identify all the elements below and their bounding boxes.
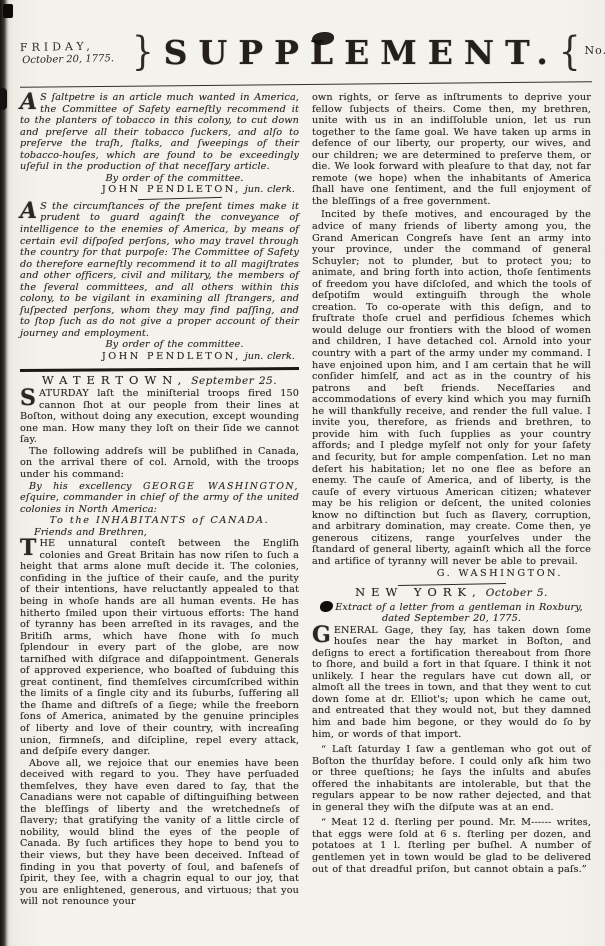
- address-para-1: THE unnatural conteſt between the Engliſ…: [20, 538, 299, 757]
- strangers-notice: AS the circumſtances of the preſent time…: [20, 201, 299, 340]
- washington-attribution: By his excellency GEORGE WASHINGTON, eſq…: [20, 481, 299, 516]
- edge-ink-mark: [0, 88, 7, 110]
- watertown-heading: WATERTOWN,: [42, 373, 187, 387]
- roxbury-para-2: “ Laſt ſaturday I ſaw a gentleman who go…: [312, 744, 591, 813]
- masthead-dateline: FRIDAY, October 20, 1775.: [20, 38, 132, 65]
- strangers-notice-text: S the circumſtances of the preſent times…: [20, 201, 299, 339]
- signature-name-1: JOHN PENDLETON,: [102, 184, 241, 195]
- signature-title-1: jun. clerk.: [245, 184, 295, 195]
- watertown-para-1-text: ATURDAY laſt the miniſterial troops fire…: [20, 388, 299, 445]
- left-brace-glyph: }: [132, 32, 154, 71]
- roxbury-para-1-text: ENERAL Gage, they ſay, has taken down ſo…: [312, 625, 591, 740]
- watertown-para-2: The following addreſs will be publiſhed …: [20, 446, 299, 481]
- dropcap-a2: A: [20, 201, 40, 221]
- dropcap-s: S: [20, 388, 39, 408]
- address-para-2-continued: own rights, or ſerve as inſtruments to d…: [312, 92, 591, 207]
- dropcap-g: G: [312, 625, 334, 645]
- newspaper-page: FRIDAY, October 20, 1775. } SUPPLEMENT. …: [0, 0, 605, 946]
- masthead-day: FRIDAY,: [20, 38, 132, 53]
- roxbury-para-3: “ Meat 12 d. ſterling per pound. Mr. M--…: [312, 817, 591, 875]
- signature-line-2: JOHN PENDLETON, jun. clerk.: [20, 351, 299, 363]
- saltpetre-notice-text: S ſaltpetre is an article much wanted in…: [20, 92, 299, 172]
- address-para-1-text: HE unnatural conteſt between the Engliſh…: [20, 538, 299, 757]
- attribution-pre: By his excellency: [29, 481, 143, 492]
- page-title: SUPPLEMENT.: [154, 33, 559, 72]
- address-para-3: Incited by theſe motives, and encouraged…: [312, 209, 591, 567]
- washington-signature: G. WASHINGTON.: [312, 568, 591, 580]
- dropcap-a1: A: [20, 92, 40, 112]
- ink-blot-icon: [320, 601, 333, 612]
- watertown-dateline: WATERTOWN, September 25.: [20, 375, 299, 388]
- extract-caption-text-1: Extract of a letter from a gentleman in …: [335, 602, 583, 613]
- attribution-name: GEORGE WASHINGTON,: [143, 481, 299, 492]
- saltpetre-notice: AS ſaltpetre is an article much wanted i…: [20, 92, 299, 173]
- extract-caption-line-1: Extract of a letter from a gentleman in …: [312, 601, 591, 614]
- order-line-1: By order of the committee.: [20, 173, 299, 185]
- signature-title-2: jun. clerk.: [245, 351, 295, 362]
- corner-ink-mark: [3, 4, 13, 18]
- address-salutation: Friends and Brethren,: [20, 527, 299, 539]
- issue-number: No. 38.: [581, 44, 605, 57]
- left-column: AS ſaltpetre is an article much wanted i…: [20, 92, 299, 908]
- masthead-date: October 20, 1775.: [20, 52, 132, 65]
- signature-name-2: JOHN PENDLETON,: [102, 351, 241, 362]
- article-columns: AS ſaltpetre is an article much wanted i…: [20, 92, 592, 908]
- address-para-2: Above all, we rejoice that our enemies h…: [20, 758, 299, 908]
- order-line-2: By order of the committee.: [20, 339, 299, 351]
- scan-edge-shadow: [0, 0, 9, 946]
- extract-caption-line-2: dated September 20, 1775.: [312, 613, 591, 625]
- watertown-date: September 25.: [191, 375, 277, 387]
- masthead-rule: [20, 81, 592, 87]
- newyork-dateline: NEW YORK, October 5.: [312, 587, 591, 600]
- masthead: FRIDAY, October 20, 1775. } SUPPLEMENT. …: [20, 26, 592, 78]
- heavy-section-rule: [20, 367, 299, 372]
- address-heading: To the INHABITANTS of CANADA.: [20, 515, 299, 527]
- right-brace-glyph: {: [559, 32, 581, 71]
- right-column: own rights, or ſerve as inſtruments to d…: [312, 92, 591, 908]
- watertown-para-1: SATURDAY laſt the miniſterial troops fir…: [20, 388, 299, 446]
- attribution-post: eſquire, commander in chief of the army …: [20, 492, 299, 515]
- newyork-date: October 5.: [486, 587, 548, 599]
- newyork-heading: NEW YORK,: [355, 585, 482, 599]
- signature-line-1: JOHN PENDLETON, jun. clerk.: [20, 184, 299, 196]
- section-divider-squiggle: [138, 197, 222, 200]
- dropcap-t: T: [20, 538, 39, 558]
- roxbury-para-1: GENERAL Gage, they ſay, has taken down ſ…: [312, 625, 591, 740]
